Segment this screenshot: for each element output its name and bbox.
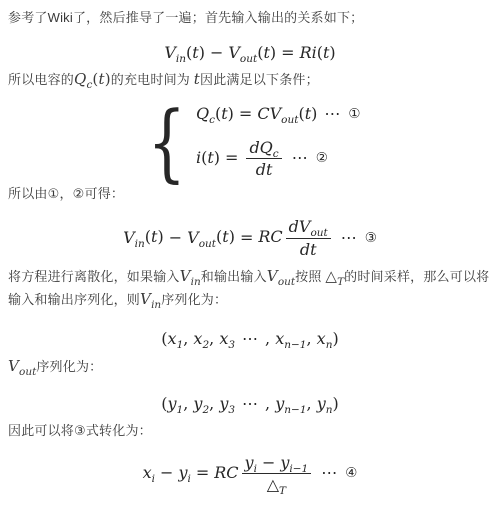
formula-differential-eq3: Vin(t)−Vout(t)=RCdVoutdt⋯③ bbox=[8, 217, 492, 258]
math-token: ② bbox=[316, 150, 328, 166]
math-token: dVout bbox=[289, 217, 328, 236]
math-token: △T bbox=[325, 267, 344, 285]
math-token: , bbox=[265, 329, 275, 348]
math-token: Vin bbox=[123, 228, 145, 247]
para-transform-eq3: 因此可以将③式转化为： bbox=[8, 420, 492, 442]
math-token: Vin bbox=[140, 290, 161, 308]
equation-system: { Qc(t)=CVout(t)⋯① i(t)=dQcdt⋯② bbox=[140, 104, 361, 179]
para-vout-serialize: Vout序列化为： bbox=[8, 355, 492, 378]
formula-x-sequence: (x1, x2, x3⋯, xn−1, xn) bbox=[8, 329, 492, 348]
math-token: ⋯ bbox=[242, 394, 258, 413]
math-token: ) bbox=[333, 394, 339, 413]
system-rows: Qc(t)=CVout(t)⋯① i(t)=dQcdt⋯② bbox=[196, 104, 361, 179]
math-token: ) bbox=[229, 228, 235, 247]
math-token: , bbox=[209, 329, 219, 348]
math-token: ⋯ bbox=[324, 104, 340, 123]
math-token: ) bbox=[228, 104, 234, 123]
math-token: x3 bbox=[219, 329, 235, 348]
math-token: dt bbox=[256, 160, 273, 179]
math-token: ) bbox=[270, 43, 276, 62]
math-token: − bbox=[210, 43, 223, 62]
math-token: 所以电容的 bbox=[8, 72, 74, 87]
formula-discrete-eq4: xi−yi=RCyi−yi−1△T⋯④ bbox=[8, 453, 492, 494]
para-capacitor-condition: 所以电容的Qc(t)的充电时间为 t因此满足以下条件； bbox=[8, 68, 492, 91]
document-body: 参考了Wiki了，然后推导了一遍；首先输入输出的关系如下； Vin(t)−Vou… bbox=[8, 7, 492, 494]
math-token: y2 bbox=[193, 394, 209, 413]
formula-y-sequence: (y1, y2, y3⋯, yn−1, yn) bbox=[8, 394, 492, 413]
math-token: dQc bbox=[249, 138, 278, 157]
math-token: ) bbox=[329, 43, 335, 62]
math-token: yi bbox=[178, 463, 190, 482]
left-brace: { bbox=[147, 105, 185, 179]
math-token: = bbox=[281, 43, 294, 62]
formula-condition-system: { Qc(t)=CVout(t)⋯① i(t)=dQcdt⋯② bbox=[8, 104, 492, 179]
math-token: , bbox=[307, 394, 317, 413]
math-token: y3 bbox=[219, 394, 235, 413]
para-intro: 参考了Wiki了，然后推导了一遍；首先输入输出的关系如下； bbox=[8, 7, 492, 29]
math-token: Vout bbox=[228, 43, 257, 62]
math-token: CVout bbox=[257, 104, 298, 123]
math-token: ) bbox=[311, 104, 317, 123]
math-token: dt bbox=[300, 240, 317, 259]
math-token: Ri bbox=[300, 43, 317, 62]
math-token: x2 bbox=[193, 329, 209, 348]
math-token: Vin bbox=[180, 267, 201, 285]
math-token: ⋯ bbox=[242, 329, 258, 348]
math-token: , bbox=[306, 329, 316, 348]
math-token: y1 bbox=[168, 394, 184, 413]
math-token: RC bbox=[214, 463, 238, 482]
math-token: ( bbox=[161, 329, 167, 348]
math-token: Qc bbox=[74, 70, 92, 88]
math-token: 和输出输入 bbox=[201, 269, 267, 284]
math-token: = bbox=[239, 104, 252, 123]
math-token: 序列化为： bbox=[36, 359, 102, 374]
math-token: = bbox=[225, 148, 238, 167]
para-from-eq1-eq2: 所以由①，②可得： bbox=[8, 183, 492, 205]
math-token: ① bbox=[348, 106, 360, 122]
math-token: xn bbox=[317, 329, 333, 348]
math-token: ⋯ bbox=[341, 228, 357, 247]
math-token: yn bbox=[317, 394, 333, 413]
math-token: − bbox=[262, 453, 275, 472]
math-token: Vout bbox=[8, 357, 36, 375]
math-token: Vin bbox=[164, 43, 186, 62]
math-token: = bbox=[240, 228, 253, 247]
formula-input-output-relation: Vin(t)−Vout(t)=Ri(t) bbox=[8, 43, 492, 62]
math-token: 的充电时间为 bbox=[111, 72, 194, 87]
math-token: x1 bbox=[168, 329, 184, 348]
math-token: , bbox=[265, 394, 275, 413]
math-token: 将方程进行离散化，如果输入 bbox=[8, 269, 180, 284]
math-token: 所以由①，②可得： bbox=[8, 186, 124, 201]
math-token: ) bbox=[157, 228, 163, 247]
math-token: Vout bbox=[267, 267, 295, 285]
math-token: yi−1 bbox=[280, 453, 308, 472]
math-token: ( bbox=[161, 394, 167, 413]
math-token: Vout bbox=[187, 228, 216, 247]
math-token: ③ bbox=[365, 230, 377, 246]
math-token: Qc bbox=[196, 104, 215, 123]
formula-current-eq2: i(t)=dQcdt⋯② bbox=[196, 138, 328, 179]
math-token: ④ bbox=[345, 465, 357, 481]
math-token: yn−1 bbox=[275, 394, 306, 413]
math-token: yi bbox=[245, 453, 257, 472]
para-discretize: 将方程进行离散化，如果输入Vin和输出输入Vout按照 △T的时间采样，那么可以… bbox=[8, 265, 492, 311]
math-token: − bbox=[169, 228, 182, 247]
math-token: − bbox=[160, 463, 173, 482]
formula-charge-eq1: Qc(t)=CVout(t)⋯① bbox=[196, 104, 361, 123]
math-token: ⋯ bbox=[292, 148, 308, 167]
math-token: ) bbox=[332, 329, 338, 348]
fraction: dQcdt bbox=[246, 138, 281, 179]
fraction: dVoutdt bbox=[286, 217, 331, 258]
math-token: ⋯ bbox=[321, 463, 337, 482]
math-token: , bbox=[183, 394, 193, 413]
math-token: xn−1 bbox=[275, 329, 306, 348]
math-token: △T bbox=[267, 475, 286, 494]
math-token: 因此可以将③式转化为： bbox=[8, 423, 152, 438]
math-token: , bbox=[209, 394, 219, 413]
math-token: RC bbox=[258, 228, 282, 247]
math-token: 序列化为： bbox=[161, 292, 227, 307]
math-token: , bbox=[183, 329, 193, 348]
math-token: xi bbox=[143, 463, 155, 482]
math-token: 因此满足以下条件； bbox=[200, 72, 319, 87]
math-token: ) bbox=[214, 148, 220, 167]
math-token: 按照 bbox=[295, 269, 325, 284]
math-token: = bbox=[196, 463, 209, 482]
math-token: ) bbox=[199, 43, 205, 62]
fraction: yi−yi−1△T bbox=[242, 453, 312, 494]
math-token: 参考了Wiki了，然后推导了一遍；首先输入输出的关系如下； bbox=[8, 10, 363, 25]
